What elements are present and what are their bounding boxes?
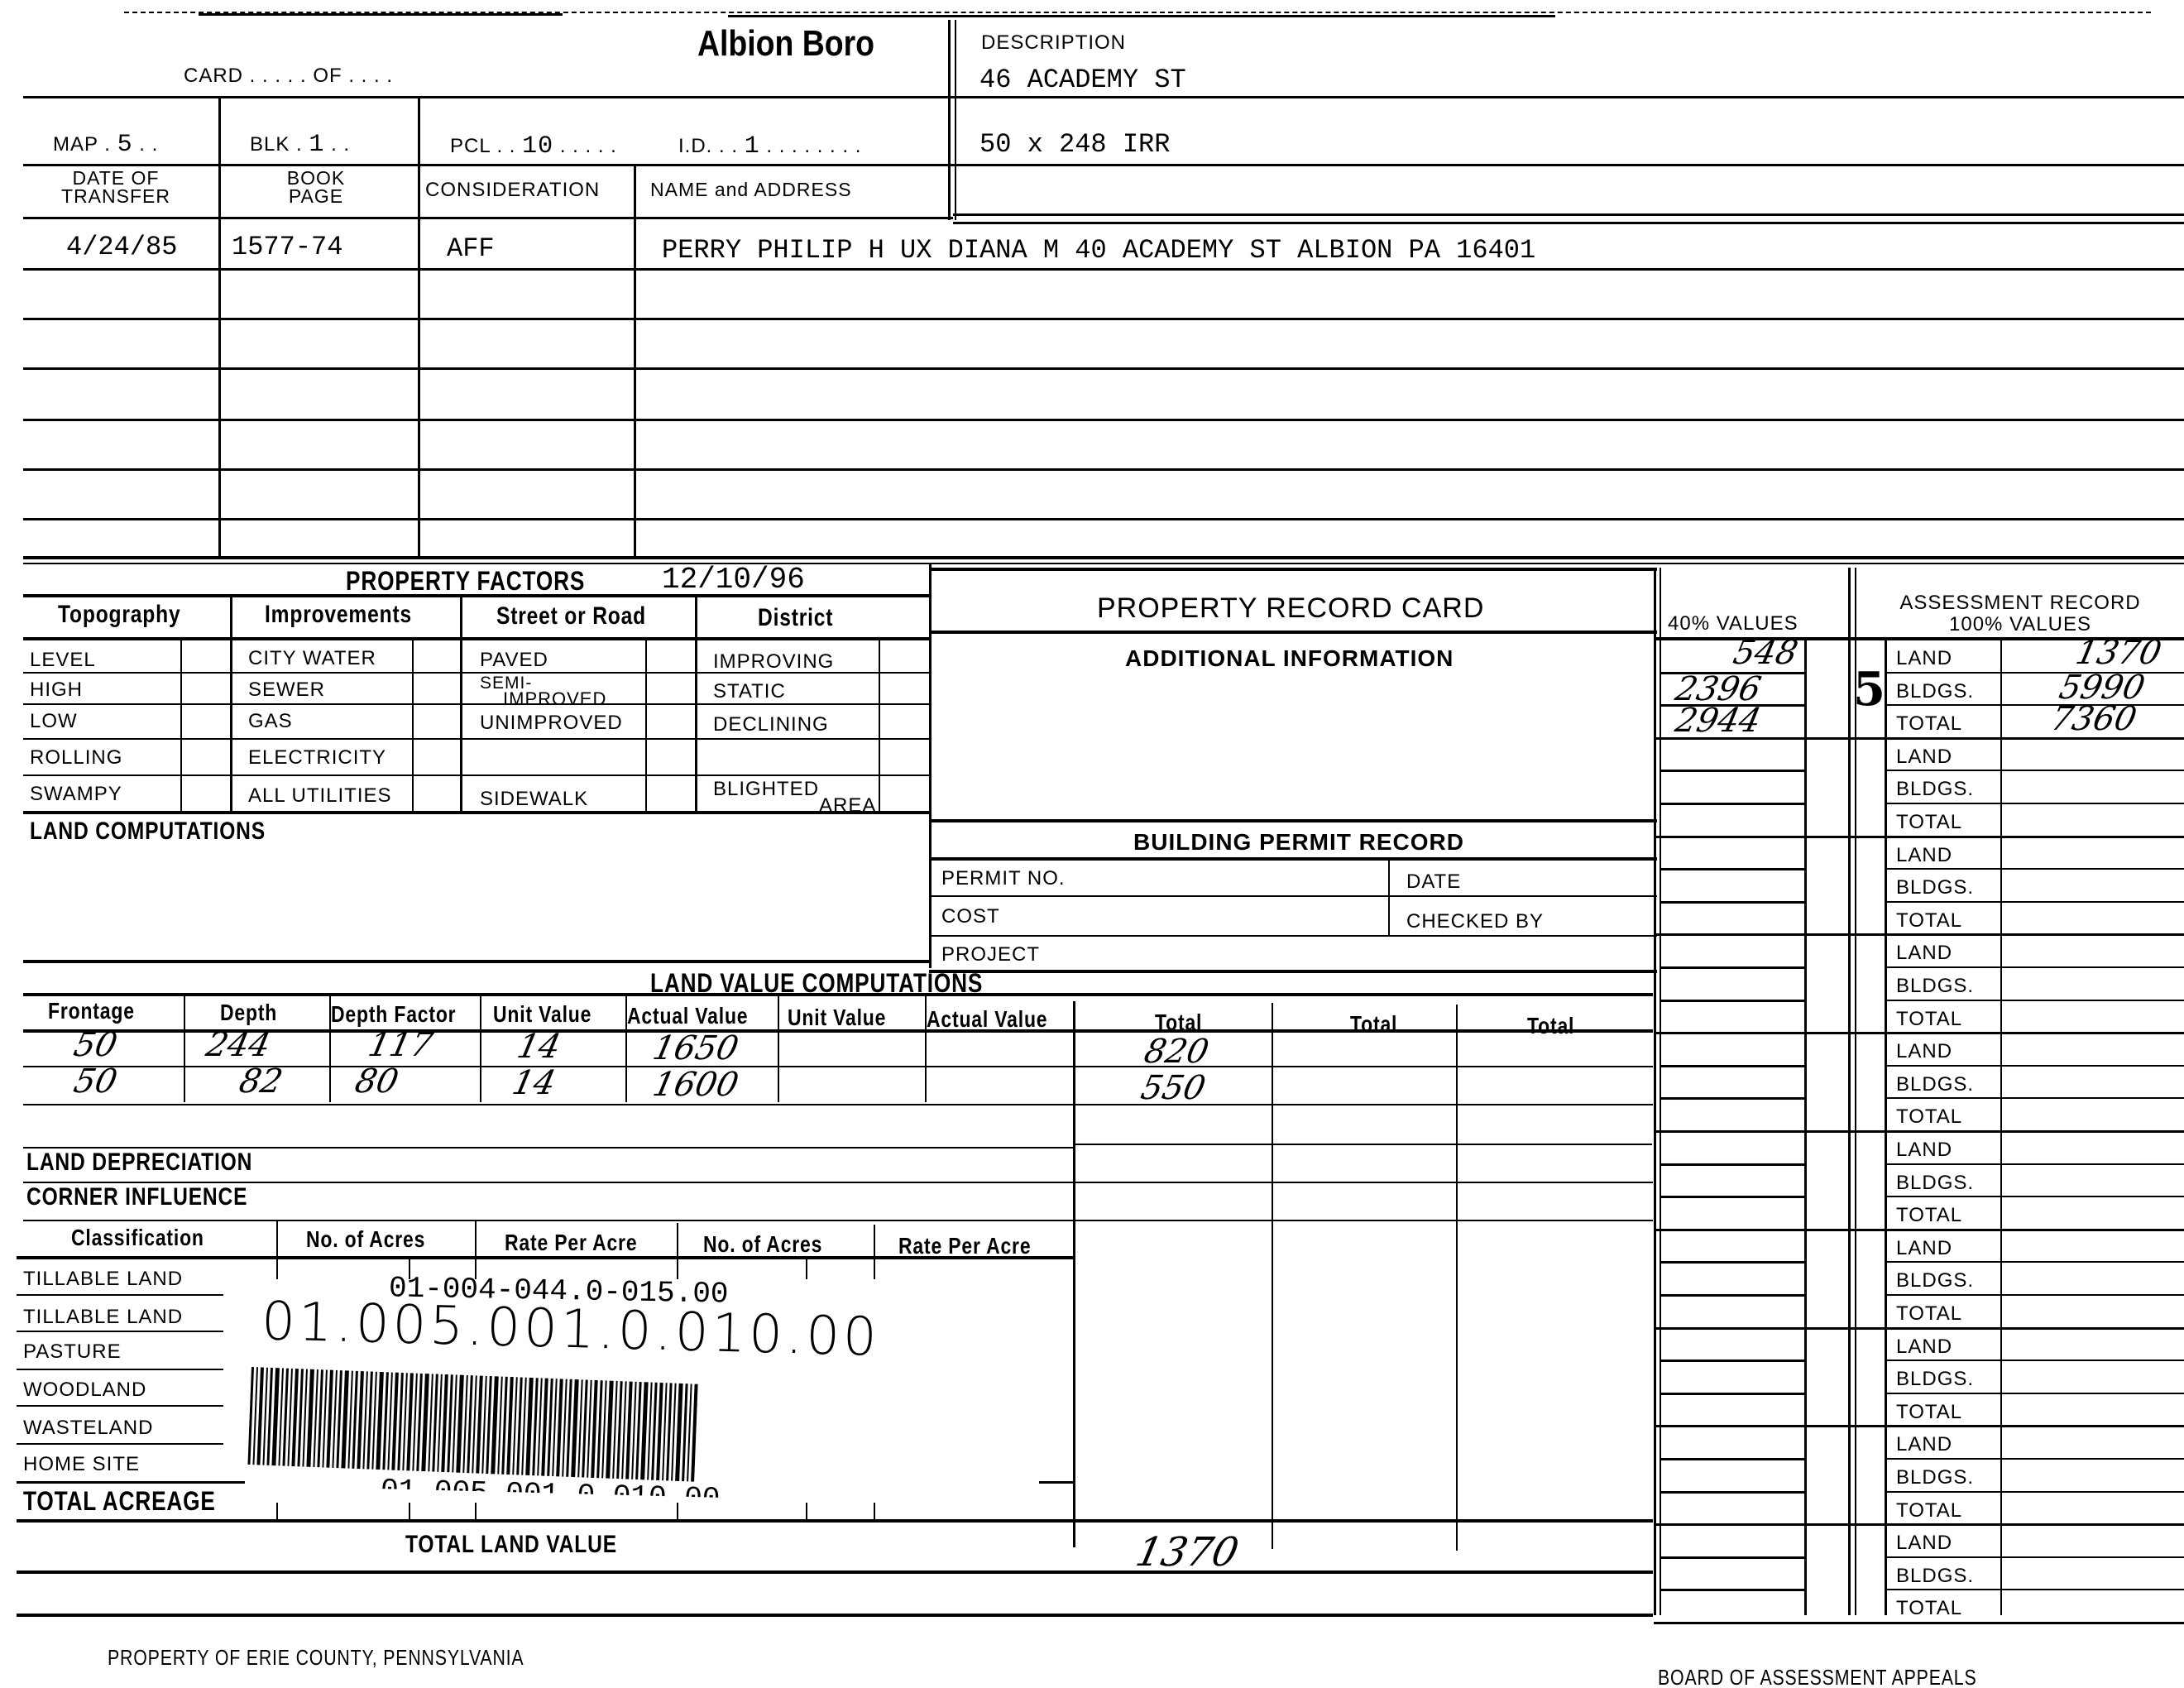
col-book-l1: BOOK bbox=[233, 169, 399, 187]
row-line bbox=[17, 1294, 223, 1296]
header-divider bbox=[948, 20, 951, 220]
row-line bbox=[1885, 1393, 2184, 1394]
row-line bbox=[929, 857, 1657, 861]
pf-imp-water: CITY WATER bbox=[248, 647, 376, 670]
assessment-row-label: LAND bbox=[1896, 1336, 1952, 1359]
row-line bbox=[1885, 901, 2184, 903]
pf-topo-swampy: SWAMPY bbox=[30, 783, 122, 806]
acre-row-wasteland: WASTELAND bbox=[23, 1417, 153, 1440]
row-line bbox=[23, 563, 2184, 564]
pf-imp-all-utilities: ALL UTILITIES bbox=[248, 784, 392, 808]
row-line bbox=[1654, 1229, 2184, 1231]
assessment-row-label: LAND bbox=[1896, 1532, 1952, 1555]
row-line bbox=[1885, 1196, 2184, 1197]
total-land-value-label: TOTAL LAND VALUE bbox=[405, 1531, 617, 1559]
col-date-l1: DATE OF bbox=[33, 169, 199, 187]
row-line bbox=[23, 1220, 1653, 1221]
col-line bbox=[1272, 1003, 1273, 1549]
col-line bbox=[1804, 637, 1807, 1615]
row-line bbox=[1654, 1622, 2184, 1624]
row-line bbox=[929, 568, 1657, 571]
permit-no-label: PERMIT NO. bbox=[941, 867, 1066, 890]
transfer-name-address: PERRY PHILIP H UX DIANA M 40 ACADEMY ST … bbox=[662, 235, 1535, 266]
row-line bbox=[23, 367, 2184, 370]
col-line bbox=[1654, 568, 1656, 1615]
map-label: MAP . 5 . . bbox=[53, 131, 158, 159]
row-line bbox=[1660, 1294, 1804, 1297]
assessment-row-label: TOTAL bbox=[1896, 1302, 1962, 1326]
row-line bbox=[1654, 1327, 2184, 1330]
col-book-l2: PAGE bbox=[233, 187, 399, 205]
blk-value: 1 bbox=[309, 131, 324, 159]
pf-topo-rolling: ROLLING bbox=[30, 746, 122, 770]
row-line bbox=[1660, 770, 1804, 772]
pf-street-unimproved: UNIMPROVED bbox=[480, 712, 623, 735]
assessment-row-label: BLDGS. bbox=[1896, 680, 1974, 703]
row-line bbox=[1660, 1261, 1804, 1264]
values-40-land: 548 bbox=[1730, 634, 1801, 672]
row-line bbox=[1885, 1360, 2184, 1361]
row-line bbox=[23, 556, 2184, 559]
assessment-row-label: LAND bbox=[1896, 844, 1952, 867]
corner-influence-label: CORNER INFLUENCE bbox=[26, 1183, 247, 1211]
top-rule-solid-2 bbox=[728, 15, 1555, 17]
row-line bbox=[1885, 1294, 2184, 1296]
row-line bbox=[1885, 1556, 2184, 1558]
lv-header-total-3: Total bbox=[1527, 1013, 1574, 1039]
assessment-row-label: BLDGS. bbox=[1896, 1073, 1974, 1096]
pf-district-blighted: BLIGHTED bbox=[713, 778, 819, 801]
row-line bbox=[929, 631, 1657, 634]
id-label-text: I.D. bbox=[678, 135, 712, 157]
assessment-row-label: BLDGS. bbox=[1896, 1368, 1974, 1391]
col-line bbox=[1388, 859, 1390, 937]
col-line bbox=[1456, 1005, 1458, 1551]
acre-row-tillable-1: TILLABLE LAND bbox=[23, 1268, 183, 1291]
description-line2: 50 x 248 IRR bbox=[979, 129, 1170, 160]
checked-by-label: CHECKED BY bbox=[1406, 910, 1544, 933]
row-line bbox=[23, 811, 929, 814]
values-40-total: 2944 bbox=[1672, 702, 1765, 740]
footer-right: BOARD OF ASSESSMENT APPEALS bbox=[1658, 1665, 1977, 1688]
row-line bbox=[1660, 1458, 1804, 1460]
row-line bbox=[1654, 1425, 2184, 1427]
assessment-row-label: TOTAL bbox=[1896, 1401, 1962, 1424]
row-line bbox=[23, 217, 953, 219]
additional-info-label: ADDITIONAL INFORMATION bbox=[1125, 645, 1454, 672]
row-line bbox=[1073, 1144, 1652, 1145]
pf-street-paved: PAVED bbox=[480, 649, 548, 672]
pf-district-static: STATIC bbox=[713, 680, 786, 703]
row-line bbox=[1660, 672, 1804, 674]
row-line bbox=[17, 1331, 223, 1332]
row-line bbox=[17, 1519, 1653, 1523]
lv-header-unit-value-2: Unit Value bbox=[788, 1005, 886, 1031]
description-line1: 46 ACADEMY ST bbox=[979, 65, 1186, 95]
acre-row-pasture: PASTURE bbox=[23, 1340, 122, 1364]
assessment-land-1: 1370 bbox=[2072, 634, 2165, 672]
lv-row2-actual-value: 1600 bbox=[649, 1066, 742, 1104]
pf-imp-sewer: SEWER bbox=[248, 679, 325, 702]
cost-label: COST bbox=[941, 905, 1000, 928]
row-line bbox=[17, 1614, 1653, 1617]
col-line bbox=[634, 164, 636, 559]
assessment-total-1: 7360 bbox=[2047, 700, 2140, 738]
row-line bbox=[23, 637, 929, 640]
assessment-row-label: LAND bbox=[1896, 1433, 1952, 1456]
row-line bbox=[1654, 836, 2184, 838]
assessment-header: ASSESSMENT RECORD100% VALUES bbox=[1856, 592, 2184, 635]
assessment-row-label: BLDGS. bbox=[1896, 876, 1974, 899]
row-line bbox=[1660, 1393, 1804, 1395]
row-line bbox=[1660, 1589, 1804, 1591]
row-line bbox=[1660, 1000, 1804, 1002]
assessment-row-label: LAND bbox=[1896, 1040, 1952, 1063]
id-value: 1 bbox=[745, 132, 760, 161]
transfer-date: 4/24/85 bbox=[66, 232, 177, 262]
row-line bbox=[23, 419, 2184, 421]
assessment-header-l1: ASSESSMENT RECORD bbox=[1856, 592, 2184, 614]
row-line bbox=[1885, 803, 2184, 804]
lv-header-unit-value: Unit Value bbox=[493, 1001, 591, 1028]
blk-label-text: BLK bbox=[250, 133, 290, 156]
row-line bbox=[1660, 1196, 1804, 1198]
total-acreage-label: TOTAL ACREAGE bbox=[23, 1486, 216, 1517]
pf-header-improvements: Improvements bbox=[265, 601, 412, 629]
lv-row2-frontage: 50 bbox=[70, 1062, 121, 1101]
transfer-book-page: 1577-74 bbox=[232, 232, 342, 262]
row-line bbox=[23, 1104, 1653, 1105]
row-line bbox=[953, 222, 2184, 224]
row-line bbox=[1885, 1065, 2184, 1067]
col-line bbox=[218, 96, 221, 559]
lv-row1-frontage: 50 bbox=[70, 1026, 121, 1064]
map-label-text: MAP bbox=[53, 133, 98, 156]
acre-row-tillable-2: TILLABLE LAND bbox=[23, 1306, 183, 1329]
land-computations-label: LAND COMPUTATIONS bbox=[30, 818, 266, 846]
row-line bbox=[1660, 868, 1804, 870]
row-line bbox=[1660, 1163, 1804, 1166]
assessment-row-label: LAND bbox=[1896, 1139, 1952, 1162]
assessment-row-label: BLDGS. bbox=[1896, 778, 1974, 801]
building-permit-label: BUILDING PERMIT RECORD bbox=[1133, 829, 1464, 856]
project-label: PROJECT bbox=[941, 943, 1040, 966]
row-line bbox=[1654, 1523, 2184, 1526]
pf-header-topography: Topography bbox=[58, 601, 180, 629]
lv-row1-unit-value: 14 bbox=[514, 1028, 564, 1066]
col-book-header: BOOKPAGE bbox=[233, 169, 399, 205]
assessment-row-label: TOTAL bbox=[1896, 1499, 1962, 1523]
assessment-row-label: BLDGS. bbox=[1896, 1565, 1974, 1588]
row-line bbox=[1885, 1458, 2184, 1460]
lv-row1-depth-factor: 117 bbox=[365, 1026, 436, 1064]
row-line bbox=[929, 895, 1657, 897]
col-date-l2: TRANSFER bbox=[33, 187, 199, 205]
pf-header-street: Street or Road bbox=[496, 602, 646, 631]
col-line bbox=[1855, 568, 1856, 1615]
row-line bbox=[1885, 1163, 2184, 1165]
col-line bbox=[645, 637, 647, 813]
row-line bbox=[17, 1256, 1074, 1259]
assessment-row-label: TOTAL bbox=[1896, 1105, 1962, 1129]
row-line bbox=[17, 1571, 1653, 1574]
col-line bbox=[1073, 1001, 1075, 1547]
row-line bbox=[1885, 1491, 2184, 1493]
barcode bbox=[247, 1367, 700, 1482]
row-line bbox=[23, 594, 929, 597]
col-line bbox=[1848, 568, 1851, 1615]
row-line bbox=[1660, 1360, 1804, 1362]
assessment-row-label: BLDGS. bbox=[1896, 1172, 1974, 1195]
row-line bbox=[23, 318, 2184, 320]
row-line bbox=[23, 774, 929, 776]
pf-topo-high: HIGH bbox=[30, 679, 83, 702]
assessment-row-label: BLDGS. bbox=[1896, 1269, 1974, 1292]
row-line bbox=[23, 1182, 1653, 1183]
assessment-row-label: LAND bbox=[1896, 1237, 1952, 1260]
row-line bbox=[1660, 901, 1804, 904]
assessment-row-label: BLDGS. bbox=[1896, 1466, 1974, 1489]
pf-district-improving: IMPROVING bbox=[713, 650, 834, 674]
lv-row1-depth: 244 bbox=[203, 1026, 274, 1064]
col-line bbox=[480, 995, 481, 1102]
description-label: DESCRIPTION bbox=[981, 31, 1126, 55]
row-line bbox=[23, 518, 2184, 520]
lv-row2-depth: 82 bbox=[236, 1062, 286, 1101]
acre-header-acres-1: No. of Acres bbox=[306, 1226, 425, 1253]
col-name-header: NAME and ADDRESS bbox=[650, 179, 852, 201]
row-line bbox=[17, 1405, 223, 1407]
col-consideration-header: CONSIDERATION bbox=[425, 179, 600, 202]
col-line bbox=[879, 637, 880, 813]
acre-row-woodland: WOODLAND bbox=[23, 1379, 146, 1402]
pf-right-border bbox=[929, 564, 932, 968]
col-line bbox=[180, 637, 182, 813]
row-line bbox=[23, 268, 2184, 271]
assessment-row-label: TOTAL bbox=[1896, 1008, 1962, 1031]
row-line bbox=[23, 672, 929, 674]
permit-date-label: DATE bbox=[1406, 870, 1461, 894]
assessment-row-label: TOTAL bbox=[1896, 811, 1962, 834]
pf-imp-electricity: ELECTRICITY bbox=[248, 746, 386, 770]
row-line bbox=[23, 164, 2184, 166]
pf-district-declining: DECLINING bbox=[713, 713, 829, 736]
pf-street-sidewalk: SIDEWALK bbox=[480, 788, 588, 811]
assessment-row-label: BLDGS. bbox=[1896, 975, 1974, 998]
assessment-row-label: LAND bbox=[1896, 647, 1952, 670]
row-line bbox=[1885, 1097, 2184, 1099]
assessment-row-label: LAND bbox=[1896, 942, 1952, 965]
lv-header-depth-factor: Depth Factor bbox=[331, 1001, 456, 1028]
row-line bbox=[1885, 770, 2184, 771]
card-of-label: CARD . . . . . OF . . . . bbox=[184, 65, 393, 88]
row-line bbox=[23, 96, 2184, 98]
property-factors-date: 12/10/96 bbox=[662, 563, 805, 597]
property-factors-title: PROPERTY FACTORS bbox=[346, 566, 585, 597]
row-line bbox=[1660, 1491, 1804, 1494]
col-date-header: DATE OFTRANSFER bbox=[33, 169, 199, 205]
row-line bbox=[1660, 803, 1804, 805]
acre-header-rate-1: Rate Per Acre bbox=[505, 1230, 637, 1256]
row-line bbox=[929, 970, 1657, 973]
assessment-row-label: LAND bbox=[1896, 746, 1952, 769]
row-line bbox=[23, 960, 929, 963]
row-line bbox=[1654, 933, 2184, 936]
col-line bbox=[184, 995, 185, 1102]
lv-row1-actual-value: 1650 bbox=[649, 1029, 742, 1067]
row-line bbox=[953, 213, 2184, 216]
lv-header-frontage: Frontage bbox=[48, 998, 135, 1024]
row-line bbox=[17, 1443, 223, 1445]
top-rule-solid bbox=[199, 13, 563, 16]
row-line bbox=[23, 703, 929, 705]
assessment-row-label: TOTAL bbox=[1896, 1204, 1962, 1227]
row-line bbox=[1660, 966, 1804, 969]
col-line bbox=[418, 96, 420, 559]
pf-header-district: District bbox=[758, 604, 833, 632]
assessment-header-l2: 100% VALUES bbox=[1856, 614, 2184, 635]
id-label: I.D. . . 1 . . . . . . . . bbox=[678, 132, 861, 161]
acre-header-classification: Classification bbox=[71, 1225, 204, 1251]
row-line bbox=[1885, 966, 2184, 968]
row-line bbox=[1660, 1556, 1804, 1559]
col-line bbox=[1885, 637, 1887, 1615]
row-line bbox=[1885, 868, 2184, 870]
transfer-consideration: AFF bbox=[447, 233, 495, 264]
footer-left: PROPERTY OF ERIE COUNTY, PENNSYLVANIA bbox=[108, 1645, 524, 1671]
land-depreciation-label: LAND DEPRECIATION bbox=[26, 1149, 252, 1177]
assessment-side-mark: 5 bbox=[1853, 662, 1885, 717]
pcl-label: PCL . . 10 . . . . . bbox=[450, 132, 617, 161]
pf-topo-low: LOW bbox=[30, 710, 78, 733]
lv-row2-total: 550 bbox=[1137, 1069, 1209, 1107]
pf-topo-level: LEVEL bbox=[30, 649, 96, 672]
row-line bbox=[23, 738, 929, 740]
row-line bbox=[929, 819, 1657, 822]
row-line bbox=[1660, 704, 1804, 707]
total-land-value: 1370 bbox=[1132, 1529, 1243, 1575]
municipality-title: Albion Boro bbox=[687, 23, 884, 65]
row-line bbox=[1660, 1097, 1804, 1100]
col-line bbox=[778, 995, 779, 1102]
assessment-row-label: TOTAL bbox=[1896, 712, 1962, 736]
pf-imp-gas: GAS bbox=[248, 710, 293, 733]
pcl-label-text: PCL bbox=[450, 135, 491, 157]
assessment-row-label: TOTAL bbox=[1896, 909, 1962, 933]
lv-header-actual-value: Actual Value bbox=[627, 1003, 748, 1029]
row-line bbox=[17, 1369, 223, 1370]
map-value: 5 bbox=[117, 131, 133, 159]
row-line bbox=[929, 935, 1657, 937]
row-line bbox=[1885, 1000, 2184, 1001]
pf-street-improved: IMPROVED bbox=[503, 688, 606, 710]
col-line bbox=[412, 637, 414, 813]
values-40-header: 40% VALUES bbox=[1668, 612, 1798, 635]
row-line bbox=[1660, 1065, 1804, 1067]
lv-row2-unit-value: 14 bbox=[509, 1064, 559, 1102]
row-line bbox=[23, 468, 2184, 471]
acre-header-acres-2: No. of Acres bbox=[703, 1231, 822, 1258]
lv-header-total-2: Total bbox=[1350, 1011, 1397, 1038]
acre-row-home-site: HOME SITE bbox=[23, 1453, 140, 1476]
row-line bbox=[1654, 1130, 2184, 1133]
row-line bbox=[1885, 1261, 2184, 1263]
header-divider-2 bbox=[955, 20, 956, 220]
row-line bbox=[23, 993, 1653, 996]
blk-label: BLK . 1 . . bbox=[250, 131, 350, 159]
row-line bbox=[1654, 1032, 2184, 1034]
lv-row2-depth-factor: 80 bbox=[352, 1062, 402, 1101]
lv-header-depth: Depth bbox=[220, 1000, 277, 1026]
row-line bbox=[1885, 1589, 2184, 1590]
pcl-value: 10 bbox=[522, 132, 553, 161]
record-card-title: PROPERTY RECORD CARD bbox=[1097, 592, 1484, 625]
col-line bbox=[2000, 637, 2002, 1615]
assessment-row-label: TOTAL bbox=[1896, 1597, 1962, 1620]
